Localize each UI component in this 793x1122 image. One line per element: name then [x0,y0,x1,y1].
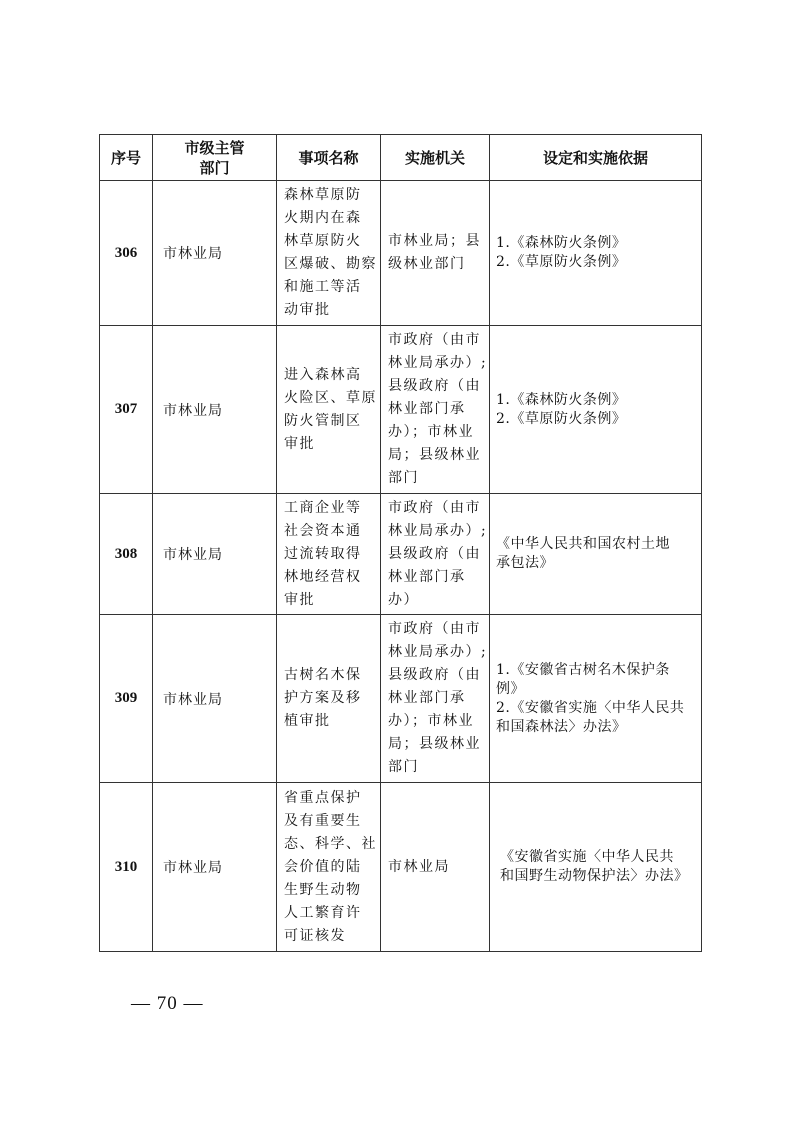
item-name-line: 区爆破、勘察 [284,253,380,276]
serial-number-cell: 309 [100,615,153,783]
agency-line: 市林业局；县 [388,230,489,253]
legal-basis-line: 《安徽省实施〈中华人民共 [500,848,701,867]
header-implementing-agency: 实施机关 [381,135,490,181]
agency-line: 办）；市林业 [388,421,489,444]
agency-line: 林业局承办）; [388,520,489,543]
item-name-line: 审批 [284,433,380,456]
serial-number-cell: 308 [100,494,153,615]
agency-line: 办）；市林业 [388,710,489,733]
table-row: 308 市林业局 工商企业等 社会资本通 过流转取得 林地经营权 审批 市政府（… [100,494,702,615]
item-name-line: 林地经营权 [284,566,380,589]
agency-line: 林业部门承 [388,398,489,421]
agency-line: 市林业局 [388,856,489,879]
agency-line: 局；县级林业 [388,444,489,467]
legal-basis-line: 2.《草原防火条例》 [496,253,701,272]
item-name-line: 人工繁育许 [284,902,380,925]
administrative-items-table: 序号 市级主管 部门 事项名称 实施机关 设定和实施依据 306 市林业局 森林… [99,134,702,952]
agency-line: 办） [388,589,489,612]
agency-line: 县级政府（由 [388,664,489,687]
department-cell: 市林业局 [153,615,277,783]
item-name-line: 古树名木保 [284,664,380,687]
item-name-line: 动审批 [284,299,380,322]
table-row: 310 市林业局 省重点保护 及有重要生 态、科学、社 会价值的陆 生野生动物 … [100,783,702,952]
agency-cell: 市林业局 [381,783,490,952]
item-name-line: 森林草原防 [284,184,380,207]
table-row: 306 市林业局 森林草原防 火期内在森 林草原防火 区爆破、勘察 和施工等活 … [100,181,702,326]
item-name-line: 省重点保护 [284,787,380,810]
department-cell: 市林业局 [153,326,277,494]
item-name-line: 火期内在森 [284,207,380,230]
legal-basis-cell: 1.《森林防火条例》 2.《草原防火条例》 [490,326,702,494]
agency-line: 市政府（由市 [388,618,489,641]
table-row: 309 市林业局 古树名木保 护方案及移 植审批 市政府（由市 林业局承办）; … [100,615,702,783]
agency-line: 市政府（由市 [388,497,489,520]
item-name-line: 生野生动物 [284,879,380,902]
item-name-line: 林草原防火 [284,230,380,253]
agency-line: 县级政府（由 [388,375,489,398]
agency-line: 市政府（由市 [388,329,489,352]
serial-number-cell: 307 [100,326,153,494]
legal-basis-line: 2.《安徽省实施〈中华人民共 [496,699,701,718]
department-cell: 市林业局 [153,783,277,952]
serial-number-cell: 306 [100,181,153,326]
item-name-line: 工商企业等 [284,497,380,520]
item-name-line: 护方案及移 [284,687,380,710]
header-serial-number: 序号 [100,135,153,181]
table-row: 307 市林业局 进入森林高 火险区、草原 防火管制区 审批 市政府（由市 林业… [100,326,702,494]
legal-basis-cell: 1.《森林防火条例》 2.《草原防火条例》 [490,181,702,326]
item-name-cell: 森林草原防 火期内在森 林草原防火 区爆破、勘察 和施工等活 动审批 [277,181,381,326]
agency-line: 级林业部门 [388,253,489,276]
legal-basis-line: 1.《森林防火条例》 [496,391,701,410]
agency-line: 林业局承办）; [388,641,489,664]
legal-basis-line: 和国野生动物保护法〉办法》 [500,867,701,886]
item-name-line: 植审批 [284,710,380,733]
agency-line: 林业部门承 [388,687,489,710]
serial-number-cell: 310 [100,783,153,952]
legal-basis-cell: 《中华人民共和国农村土地 承包法》 [490,494,702,615]
item-name-line: 进入森林高 [284,364,380,387]
header-department: 市级主管 部门 [153,135,277,181]
header-department-line2: 部门 [153,158,276,178]
legal-basis-line: 例》 [496,680,701,699]
legal-basis-line: 和国森林法〉办法》 [496,718,701,737]
header-legal-basis: 设定和实施依据 [490,135,702,181]
header-item-name: 事项名称 [277,135,381,181]
item-name-line: 社会资本通 [284,520,380,543]
item-name-line: 和施工等活 [284,276,380,299]
item-name-line: 态、科学、社 [284,833,380,856]
item-name-line: 可证核发 [284,925,380,948]
item-name-line: 过流转取得 [284,543,380,566]
agency-cell: 市政府（由市 林业局承办）; 县级政府（由 林业部门承 办）；市林业 局；县级林… [381,615,490,783]
agency-cell: 市林业局；县 级林业部门 [381,181,490,326]
table-header-row: 序号 市级主管 部门 事项名称 实施机关 设定和实施依据 [100,135,702,181]
agency-cell: 市政府（由市 林业局承办）; 县级政府（由 林业部门承 办）；市林业 局；县级林… [381,326,490,494]
agency-line: 局；县级林业 [388,733,489,756]
department-cell: 市林业局 [153,181,277,326]
legal-basis-line: 2.《草原防火条例》 [496,410,701,429]
agency-line: 林业局承办）; [388,352,489,375]
legal-basis-cell: 《安徽省实施〈中华人民共 和国野生动物保护法〉办法》 [490,783,702,952]
header-department-line1: 市级主管 [153,138,276,158]
page-number: — 70 — [131,993,204,1015]
item-name-cell: 古树名木保 护方案及移 植审批 [277,615,381,783]
legal-basis-line: 1.《森林防火条例》 [496,234,701,253]
item-name-cell: 省重点保护 及有重要生 态、科学、社 会价值的陆 生野生动物 人工繁育许 可证核… [277,783,381,952]
legal-basis-line: 《中华人民共和国农村土地 [496,535,701,554]
agency-line: 部门 [388,756,489,779]
legal-basis-line: 1.《安徽省古树名木保护条 [496,661,701,680]
item-name-line: 火险区、草原 [284,387,380,410]
legal-basis-line: 承包法》 [496,554,701,573]
legal-basis-cell: 1.《安徽省古树名木保护条 例》 2.《安徽省实施〈中华人民共 和国森林法〉办法… [490,615,702,783]
department-cell: 市林业局 [153,494,277,615]
agency-line: 林业部门承 [388,566,489,589]
agency-line: 县级政府（由 [388,543,489,566]
item-name-cell: 工商企业等 社会资本通 过流转取得 林地经营权 审批 [277,494,381,615]
agency-cell: 市政府（由市 林业局承办）; 县级政府（由 林业部门承 办） [381,494,490,615]
item-name-line: 会价值的陆 [284,856,380,879]
item-name-line: 防火管制区 [284,410,380,433]
item-name-line: 审批 [284,589,380,612]
item-name-cell: 进入森林高 火险区、草原 防火管制区 审批 [277,326,381,494]
item-name-line: 及有重要生 [284,810,380,833]
agency-line: 部门 [388,467,489,490]
